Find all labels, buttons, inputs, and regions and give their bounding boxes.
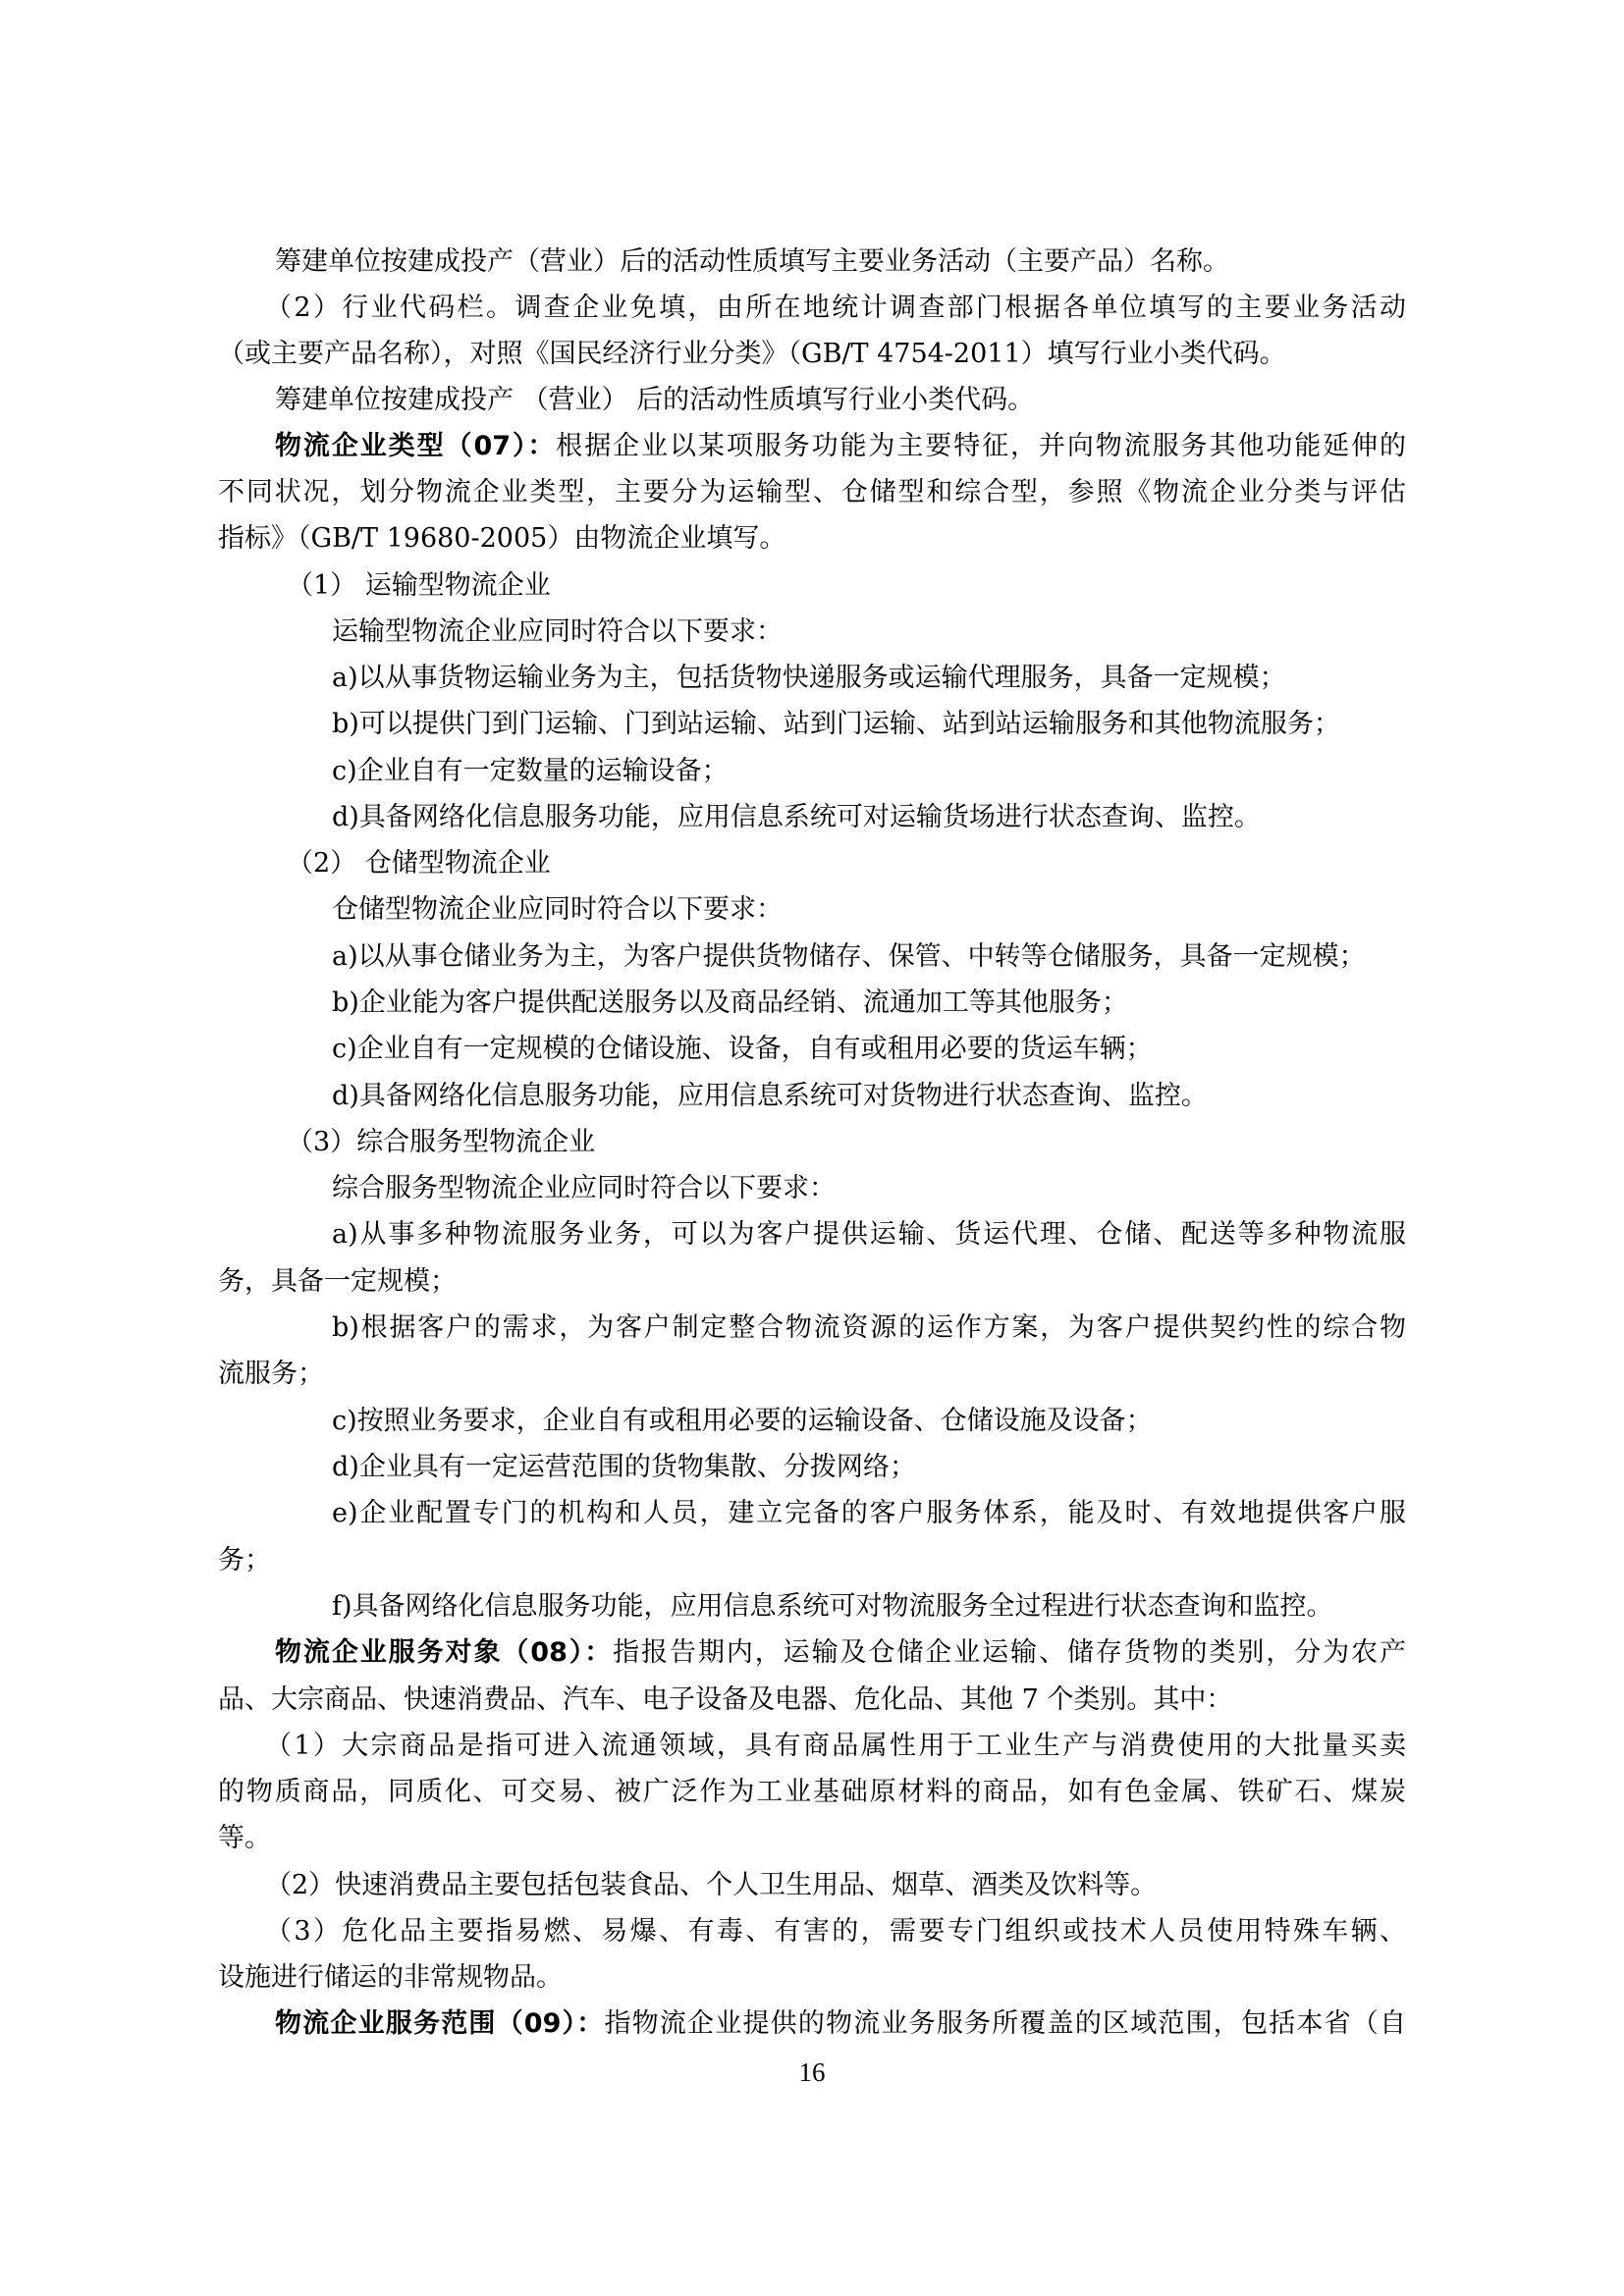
list-intro: 综合服务型物流企业应同时符合以下要求：	[332, 1172, 836, 1205]
page-number: 16	[0, 2057, 1624, 2088]
paragraph-line: 不同状况，划分物流企业类型，主要分为运输型、仓储型和综合型，参照《物流企业分类与…	[218, 476, 1406, 509]
term-text: 指物流企业提供的物流业务服务所覆盖的区域范围，包括本省（自	[604, 2008, 1406, 2039]
list-item: a)从事多种物流服务业务，可以为客户提供运输、货运代理、仓储、配送等多种物流服	[332, 1218, 1406, 1252]
paragraph-line: 等。	[218, 1822, 271, 1855]
paragraph-line: （3）危化品主要指易燃、易爆、有毒、有害的，需要专门组织或技术人员使用特殊车辆、	[265, 1915, 1406, 1949]
paragraph-line: 品、大宗商品、快速消费品、汽车、电子设备及电器、危化品、其他 7 个类别。其中：	[218, 1683, 1232, 1717]
list-item: a)以从事仓储业务为主，为客户提供货物储存、保管、中转等仓储服务，具备一定规模；	[332, 940, 1366, 974]
term-definition-08: 物流企业服务对象（08）：指报告期内，运输及仓储企业运输、储存货物的类别，分为农…	[275, 1636, 1406, 1670]
list-item: c)企业自有一定数量的运输设备；	[332, 755, 729, 788]
term-label: 物流企业类型（07）：	[275, 431, 556, 461]
paragraph-line: （2）行业代码栏。调查企业免填，由所在地统计调查部门根据各单位填写的主要业务活动	[265, 292, 1406, 325]
term-text: 根据企业以某项服务功能为主要特征，并向物流服务其他功能延伸的	[556, 431, 1406, 461]
list-item-continuation: 务，具备一定规模；	[218, 1265, 457, 1299]
list-item: d)企业具有一定运营范围的货物集散、分拨网络；	[332, 1451, 916, 1484]
subheading-transport: （1） 运输型物流企业	[287, 569, 551, 603]
paragraph-line: 筹建单位按建成投产 （营业） 后的活动性质填写行业小类代码。	[275, 384, 1034, 417]
list-item: b)可以提供门到门运输、门到站运输、站到门运输、站到站运输服务和其他物流服务；	[332, 708, 1340, 741]
list-item: d)具备网络化信息服务功能，应用信息系统可对运输货场进行状态查询、监控。	[332, 801, 1261, 834]
list-item: f)具备网络化信息服务功能，应用信息系统可对物流服务全过程进行状态查询和监控。	[332, 1590, 1333, 1624]
term-label: 物流企业服务对象（08）：	[275, 1637, 613, 1668]
term-text: 指报告期内，运输及仓储企业运输、储存货物的类别，分为农产	[613, 1637, 1406, 1668]
paragraph-line: 筹建单位按建成投产（营业）后的活动性质填写主要业务活动（主要产品）名称。	[275, 245, 1229, 279]
list-item: c)企业自有一定规模的仓储设施、设备，自有或租用必要的货运车辆；	[332, 1033, 1153, 1066]
list-item: e)企业配置专门的机构和人员，建立完备的客户服务体系，能及时、有效地提供客户服	[332, 1497, 1406, 1530]
subheading-integrated: （3）综合服务型物流企业	[287, 1126, 595, 1159]
term-definition-09: 物流企业服务范围（09）：指物流企业提供的物流业务服务所覆盖的区域范围，包括本省…	[275, 2007, 1406, 2041]
paragraph-line: （2）快速消费品主要包括包装食品、个人卫生用品、烟草、酒类及饮料等。	[265, 1869, 1157, 1902]
list-intro: 仓储型物流企业应同时符合以下要求：	[332, 893, 783, 927]
list-item: d)具备网络化信息服务功能，应用信息系统可对货物进行状态查询、监控。	[332, 1080, 1208, 1113]
paragraph-line: 的物质商品，同质化、可交易、被广泛作为工业基础原材料的商品，如有色金属、铁矿石、…	[218, 1776, 1406, 1809]
paragraph-line: 指标》（GB/T 19680-2005）由物流企业填写。	[218, 522, 785, 556]
document-page: 筹建单位按建成投产（营业）后的活动性质填写主要业务活动（主要产品）名称。 （2）…	[0, 0, 1624, 2296]
list-intro: 运输型物流企业应同时符合以下要求：	[332, 615, 783, 649]
list-item: b)根据客户的需求，为客户制定整合物流资源的运作方案，为客户提供契约性的综合物	[332, 1311, 1406, 1345]
list-item: b)企业能为客户提供配送服务以及商品经销、流通加工等其他服务；	[332, 987, 1128, 1020]
list-item-continuation: 务；	[218, 1544, 271, 1577]
subheading-warehouse: （2） 仓储型物流企业	[287, 847, 551, 881]
list-item: a)以从事货物运输业务为主，包括货物快递服务或运输代理服务，具备一定规模；	[332, 662, 1286, 695]
paragraph-line: （或主要产品名称），对照《国民经济行业分类》（GB/T 4754-2011）填写…	[218, 338, 1286, 371]
paragraph-line: 设施进行储运的非常规物品。	[218, 1961, 563, 1995]
list-item-continuation: 流服务；	[218, 1358, 324, 1391]
term-definition-07: 物流企业类型（07）：根据企业以某项服务功能为主要特征，并向物流服务其他功能延伸…	[275, 430, 1406, 463]
paragraph-line: （1）大宗商品是指可进入流通领域，具有商品属性用于工业生产与消费使用的大批量买卖	[265, 1730, 1406, 1763]
term-label: 物流企业服务范围（09）：	[275, 2008, 604, 2039]
list-item: c)按照业务要求，企业自有或租用必要的运输设备、仓储设施及设备；	[332, 1405, 1153, 1438]
